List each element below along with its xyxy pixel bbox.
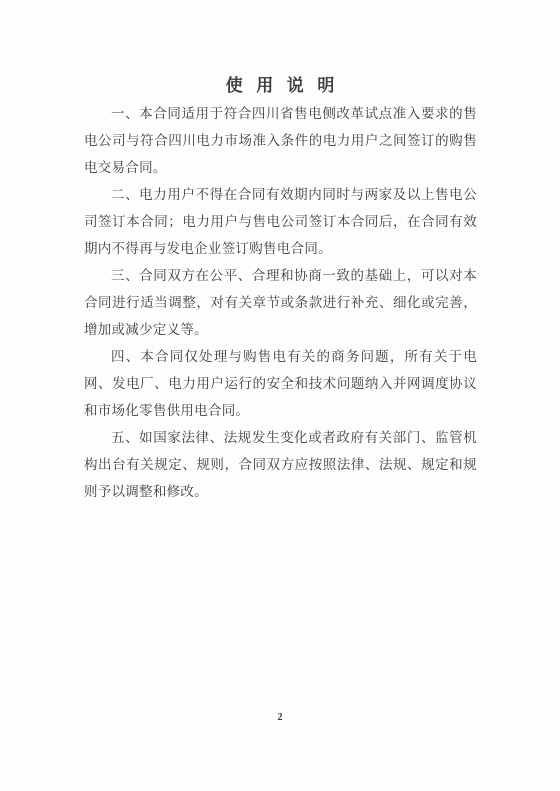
paragraph-5: 五、如国家法律、法规发生变化或者政府有关部门、监管机构出台有关规定、规则，合同双… [84,424,477,505]
paragraph-4: 四、本合同仅处理与购售电有关的商务问题，所有关于电网、发电厂、电力用户运行的安全… [84,343,477,424]
page-title: 使用说明 [0,71,560,96]
page-number: 2 [0,712,560,723]
document-page: 使用说明 一、本合同适用于符合四川省售电侧改革试点准入要求的售电公司与符合四川电… [0,0,560,791]
paragraph-1: 一、本合同适用于符合四川省售电侧改革试点准入要求的售电公司与符合四川电力市场准入… [84,100,477,181]
document-body: 一、本合同适用于符合四川省售电侧改革试点准入要求的售电公司与符合四川电力市场准入… [84,100,477,505]
paragraph-3: 三、合同双方在公平、合理和协商一致的基础上，可以对本合同进行适当调整，对有关章节… [84,262,477,343]
paragraph-2: 二、电力用户不得在合同有效期内同时与两家及以上售电公司签订本合同；电力用户与售电… [84,181,477,262]
